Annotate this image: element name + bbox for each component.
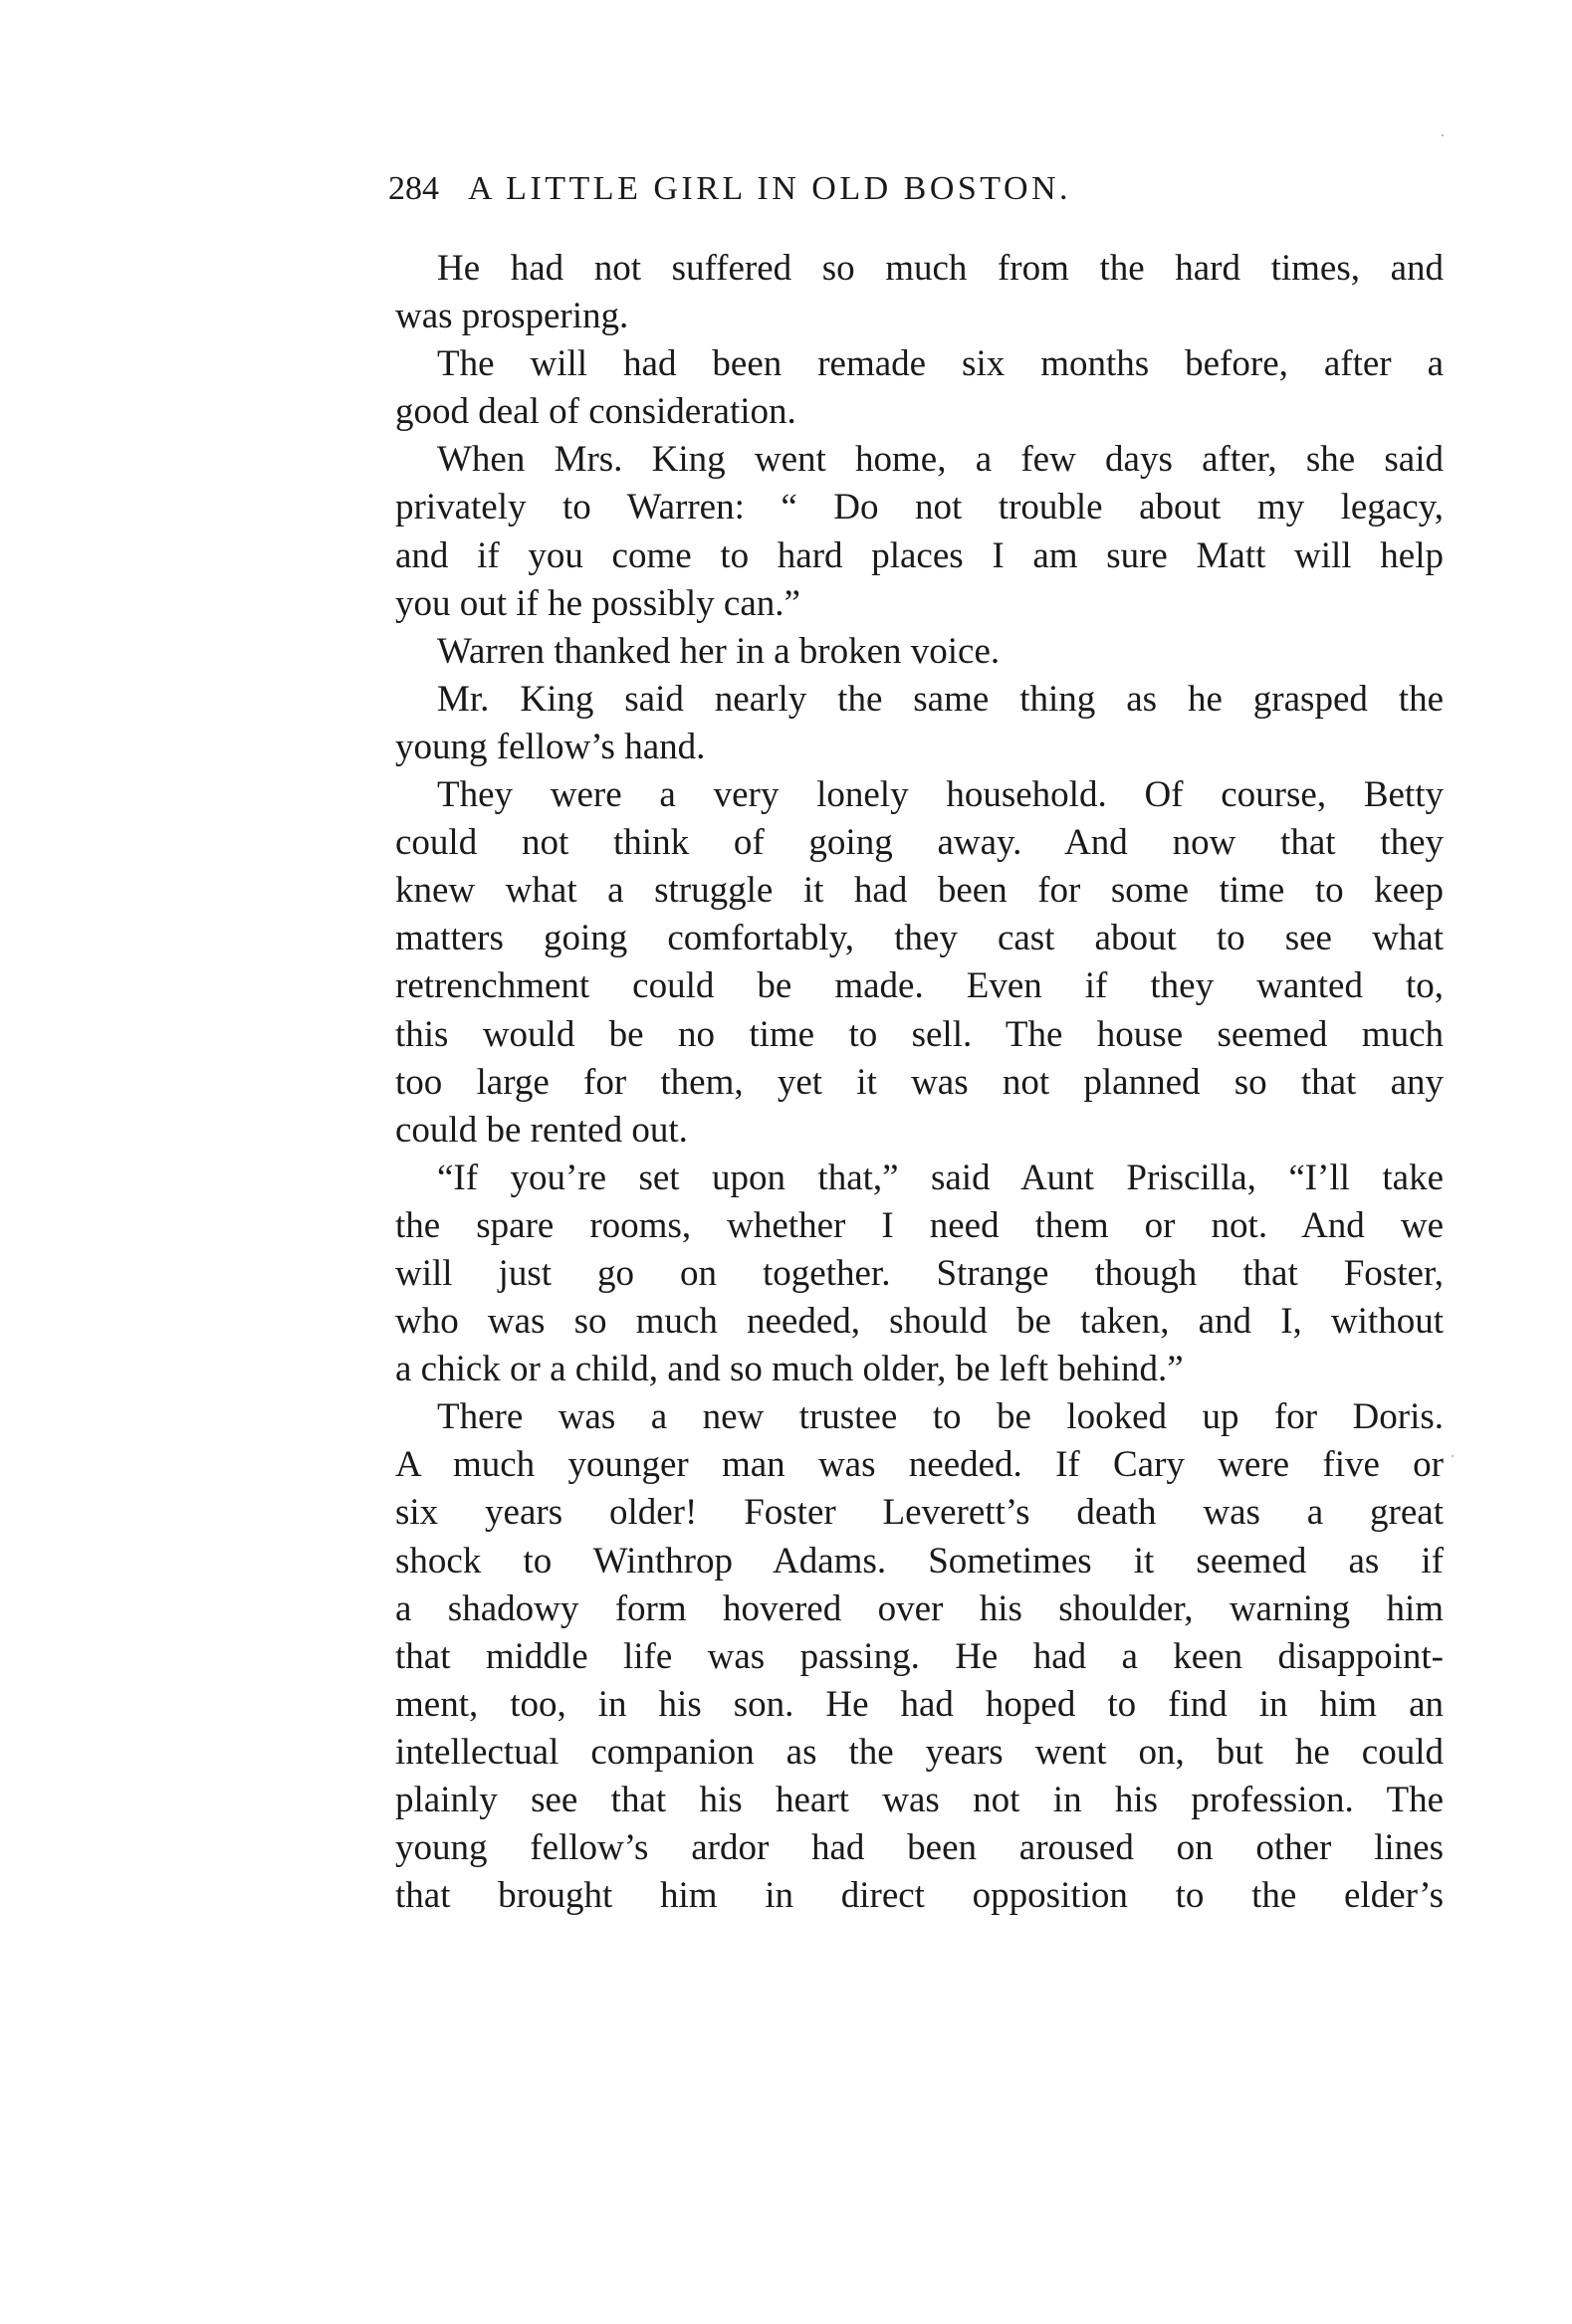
text-line: He had not suffered so much from the har… xyxy=(395,245,1444,293)
text-line: this would be no time to sell. The house… xyxy=(395,1011,1444,1059)
text-line: young fellow’s ardor had been aroused on… xyxy=(395,1824,1444,1872)
running-title: A LITTLE GIRL IN OLD BOSTON. xyxy=(468,167,1071,211)
text-line: There was a new trustee to be looked up … xyxy=(395,1393,1444,1441)
text-line: that middle life was passing. He had a k… xyxy=(395,1633,1444,1681)
text-line: good deal of consideration. xyxy=(395,388,1444,436)
text-line: was prospering. xyxy=(395,293,1444,340)
text-line: intellectual companion as the years went… xyxy=(395,1729,1444,1777)
text-line: shock to Winthrop Adams. Sometimes it se… xyxy=(395,1538,1444,1585)
text-line: that brought him in direct opposition to… xyxy=(395,1872,1444,1920)
text-line: ment, too, in his son. He had hoped to f… xyxy=(395,1681,1444,1729)
text-line: They were a very lonely household. Of co… xyxy=(395,771,1444,819)
text-line: When Mrs. King went home, a few days aft… xyxy=(395,436,1444,484)
text-line: six years older! Foster Leverett’s death… xyxy=(395,1489,1444,1537)
scan-speck xyxy=(1442,134,1444,136)
text-line: young fellow’s hand. xyxy=(395,724,1444,771)
scan-speck xyxy=(1452,1455,1454,1457)
book-page: 284A LITTLE GIRL IN OLD BOSTON. He had n… xyxy=(0,0,1572,2324)
text-line: A much younger man was needed. If Cary w… xyxy=(395,1441,1444,1489)
text-line: retrenchment could be made. Even if they… xyxy=(395,962,1444,1010)
text-line: The will had been remade six months befo… xyxy=(395,340,1444,388)
text-line: and if you come to hard places I am sure… xyxy=(395,532,1444,580)
text-line: too large for them, yet it was not plann… xyxy=(395,1059,1444,1107)
text-line: you out if he possibly can.” xyxy=(395,580,1444,628)
running-header: 284A LITTLE GIRL IN OLD BOSTON. xyxy=(388,167,1454,211)
text-line: plainly see that his heart was not in hi… xyxy=(395,1777,1444,1824)
text-line: a chick or a child, and so much older, b… xyxy=(395,1346,1444,1393)
page-number: 284 xyxy=(388,167,468,211)
text-line: “If you’re set upon that,” said Aunt Pri… xyxy=(395,1155,1444,1202)
body-text: He had not suffered so much from the har… xyxy=(395,245,1444,1920)
text-line: could not think of going away. And now t… xyxy=(395,819,1444,867)
text-line: will just go on together. Strange though… xyxy=(395,1250,1444,1298)
text-line: knew what a struggle it had been for som… xyxy=(395,867,1444,915)
text-line: a shadowy form hovered over his shoulder… xyxy=(395,1585,1444,1633)
text-line: who was so much needed, should be taken,… xyxy=(395,1298,1444,1346)
text-line: the spare rooms, whether I need them or … xyxy=(395,1202,1444,1250)
text-line: could be rented out. xyxy=(395,1107,1444,1155)
text-line: privately to Warren: “ Do not trouble ab… xyxy=(395,484,1444,531)
text-line: Warren thanked her in a broken voice. xyxy=(395,628,1444,676)
text-line: matters going comfortably, they cast abo… xyxy=(395,915,1444,962)
text-line: Mr. King said nearly the same thing as h… xyxy=(395,676,1444,724)
